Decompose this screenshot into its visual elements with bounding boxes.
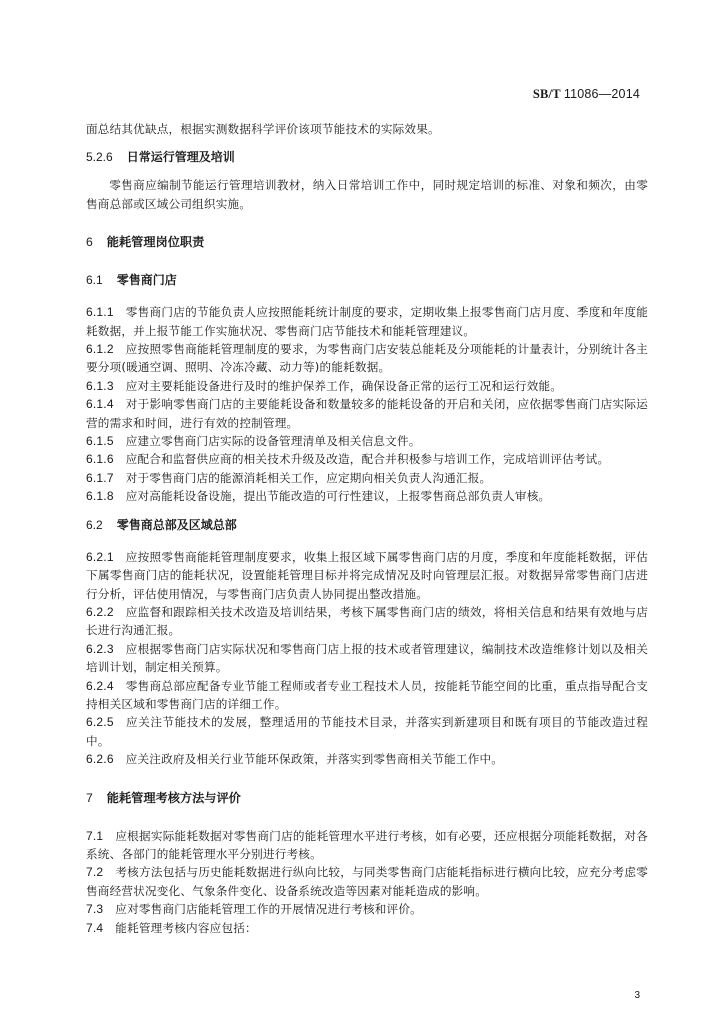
clause-6-2-2: 6.2.2应监督和跟踪相关技术改造及培训结果，考核下属零售商门店的绩效，将相关信… bbox=[86, 603, 648, 640]
clause-6-1-8: 6.1.8应对高能耗设备设施，提出节能改造的可行性建议，上报零售商总部负责人审核… bbox=[86, 487, 648, 505]
standard-prefix: SB/T bbox=[533, 87, 561, 101]
chapter-heading-7: 7能耗管理考核方法与评价 bbox=[86, 789, 648, 807]
paragraph-continuation: 面总结其优缺点，根据实测数据科学评价该项节能技术的实际效果。 bbox=[86, 120, 648, 138]
clause-6-2-6: 6.2.6应关注政府及相关行业节能环保政策，并落实到零售商相关节能工作中。 bbox=[86, 750, 648, 768]
standard-number: 11086—2014 bbox=[564, 87, 640, 101]
standard-code: SB/T 11086—2014 bbox=[533, 87, 640, 102]
page-number: 3 bbox=[634, 990, 640, 1001]
section-heading-6-1: 6.1零售商门店 bbox=[86, 271, 648, 289]
clause-6-2-3: 6.2.3应根据零售商门店实际状况和零售商门店上报的技术或者管理建议，编制技术改… bbox=[86, 640, 648, 677]
clause-6-2-1: 6.2.1应按照零售商能耗管理制度要求，收集上报区域下属零售商门店的月度，季度和… bbox=[86, 548, 648, 603]
clause-7-2: 7.2考核方法包括与历史能耗数据进行纵向比较，与同类零售商门店能耗指标进行横向比… bbox=[86, 863, 648, 900]
clause-6-1-4: 6.1.4对于影响零售商门店的主要能耗设备和数量较多的能耗设备的开启和关闭，应依… bbox=[86, 395, 648, 432]
clause-6-1-5: 6.1.5应建立零售商门店实际的设备管理清单及相关信息文件。 bbox=[86, 432, 648, 450]
document-body: 面总结其优缺点，根据实测数据科学评价该项节能技术的实际效果。 5.2.6日常运行… bbox=[86, 120, 648, 937]
clause-7-3: 7.3应对零售商门店能耗管理工作的开展情况进行考核和评价。 bbox=[86, 900, 648, 918]
clause-6-2-4: 6.2.4零售商总部应配备专业节能工程师或者专业工程技术人员，按能耗节能空间的比… bbox=[86, 677, 648, 714]
clause-7-4: 7.4能耗管理考核内容应包括： bbox=[86, 919, 648, 937]
section-heading-6-2: 6.2零售商总部及区域总部 bbox=[86, 516, 648, 534]
paragraph-training: 零售商应编制节能运行管理培训教材，纳入日常培训工作中，同时规定培训的标准、对象和… bbox=[86, 176, 648, 213]
clause-6-1-6: 6.1.6应配合和监督供应商的相关技术升级及改造，配合并积极参与培训工作，完成培… bbox=[86, 450, 648, 468]
clause-6-1-2: 6.1.2应按照零售商能耗管理制度的要求，为零售商门店安装总能耗及分项能耗的计量… bbox=[86, 340, 648, 377]
chapter-heading-6: 6能耗管理岗位职责 bbox=[86, 233, 648, 251]
clause-6-1-1: 6.1.1零售商门店的节能负责人应按照能耗统计制度的要求，定期收集上报零售商门店… bbox=[86, 303, 648, 340]
section-heading-5-2-6: 5.2.6日常运行管理及培训 bbox=[86, 148, 648, 166]
clause-6-1-7: 6.1.7对于零售商门店的能源消耗相关工作，应定期向相关负责人沟通汇报。 bbox=[86, 469, 648, 487]
clause-6-1-3: 6.1.3应对主要耗能设备进行及时的维护保养工作，确保设备正常的运行工况和运行效… bbox=[86, 377, 648, 395]
clause-7-1: 7.1应根据实际能耗数据对零售商门店的能耗管理水平进行考核，如有必要，还应根据分… bbox=[86, 827, 648, 864]
clause-6-2-5: 6.2.5应关注节能技术的发展，整理适用的节能技术目录，并落实到新建项目和既有项… bbox=[86, 713, 648, 750]
document-page: SB/T 11086—2014 面总结其优缺点，根据实测数据科学评价该项节能技术… bbox=[0, 0, 722, 1024]
